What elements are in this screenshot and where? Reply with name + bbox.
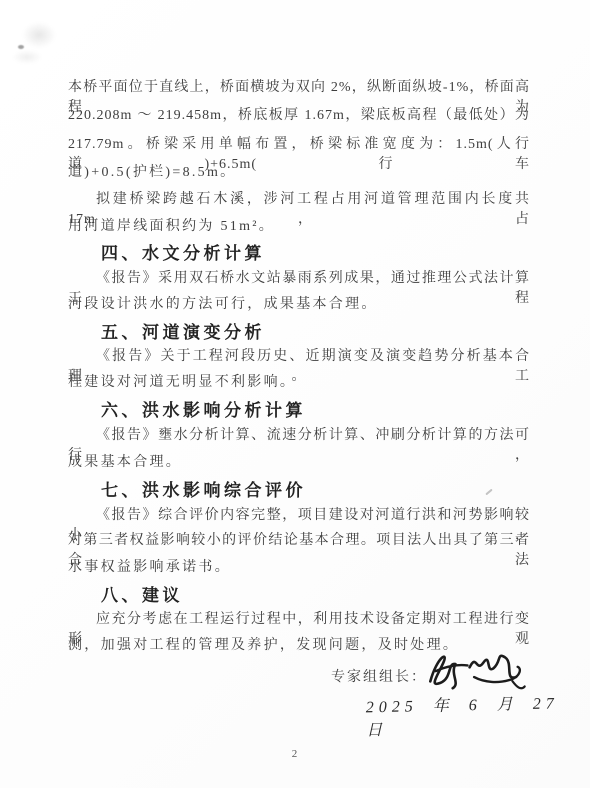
expert-group-leader-label: 专家组组长：	[331, 666, 427, 686]
body-line-12: 成果基本合理。	[68, 453, 530, 473]
handwritten-date: 2025 年 6 月 27 日	[366, 690, 590, 741]
section-7-heading: 七、洪水影响综合评价	[101, 476, 306, 501]
section-4-heading: 四、水文分析计算	[101, 239, 265, 264]
section-8-heading: 八、建议	[101, 581, 183, 606]
section-5-heading: 五、河道演变分析	[101, 318, 265, 343]
body-line-10: 程建设对河道无明显不利影响。	[68, 373, 530, 393]
scan-speck	[485, 489, 492, 496]
scan-smudge	[22, 22, 56, 48]
page-number: 2	[0, 748, 590, 760]
body-line-15: 水事权益影响承诺书。	[68, 558, 530, 578]
body-line-4: 道)+0.5(护栏)=8.5m。	[68, 163, 530, 183]
scan-smudge-2	[12, 50, 42, 64]
body-line-6: 用河道岸线面积约为 51m²。	[68, 217, 530, 237]
body-line-8: 河段设计洪水的方法可行，成果基本合理。	[68, 295, 530, 315]
scan-ink-dot	[18, 45, 24, 49]
body-line-2: 220.208m ～ 219.458m，桥底板厚 1.67m，梁底板高程（最低处…	[68, 106, 530, 126]
section-6-heading: 六、洪水影响分析计算	[101, 396, 306, 421]
scanned-document-page: 本桥平面位于直线上，桥面横坡为双向 2%，纵断面纵坡-1%，桥面高程为 220.…	[0, 0, 590, 788]
